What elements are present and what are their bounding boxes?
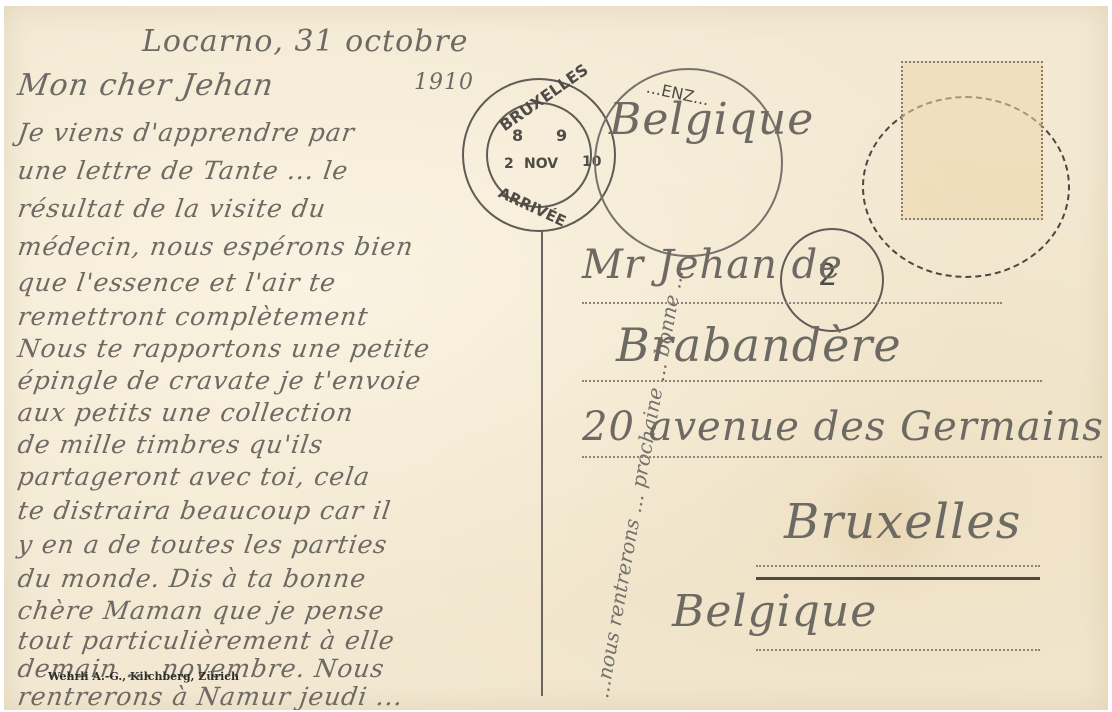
message-line: remettront complètement <box>16 302 371 331</box>
message-line: Je viens d'apprendre par <box>16 118 357 147</box>
message-line: partageront avec toi, cela <box>16 462 372 491</box>
address-line-country: Belgique <box>672 586 877 637</box>
message-line: résultat de la visite du <box>16 194 328 223</box>
message-line: épingle de cravate je t'envoie <box>16 366 423 395</box>
message-line: que l'essence et l'air te <box>16 268 338 297</box>
address-overwrite: Belgique <box>609 94 814 145</box>
place-date: Locarno, 31 octobre <box>142 24 468 59</box>
address-line-surname: Brabandère <box>616 318 902 372</box>
address-rule <box>582 456 1102 458</box>
year: 1910 <box>414 70 474 95</box>
printer-imprint: Wehrli A.-G., Kilchberg, Zürich <box>48 670 239 683</box>
message-line: une lettre de Tante ... le <box>16 156 350 185</box>
postcard: Locarno, 31 octobre 1910 Mon cher Jehan … <box>4 6 1108 710</box>
message-line: tout particulièrement à elle <box>16 626 397 655</box>
message-line: Mon cher Jehan <box>16 68 277 103</box>
address-rule <box>756 565 1040 567</box>
message-line: du monde. Dis à ta bonne <box>16 564 368 593</box>
message-line: chère Maman que je pense <box>16 596 387 625</box>
address-line-city: Bruxelles <box>784 494 1021 550</box>
address-line-street: 20 avenue des Germains <box>582 404 1104 450</box>
postmark-day: 2 <box>504 156 514 172</box>
postmark-minute: 9 <box>556 126 567 145</box>
message-line: aux petits une collection <box>16 398 356 427</box>
address-rule <box>582 302 1002 304</box>
address-rule <box>756 649 1040 651</box>
center-divider <box>541 231 543 696</box>
city-underline <box>756 577 1040 580</box>
message-line: Nous te rapportons une petite <box>16 334 432 363</box>
address-rule <box>582 380 1042 382</box>
message-line: te distraira beaucoup car il <box>16 496 393 525</box>
address-line-name: Mr Jehan de <box>582 242 843 288</box>
message-line: médecin, nous espérons bien <box>16 232 416 261</box>
brussels-postmark: BRUXELLES 8 9 2 NOV 10 ARRIVÉE <box>462 78 616 232</box>
message-line: y en a de toutes les parties <box>16 530 389 559</box>
stamp-placeholder <box>901 61 1043 220</box>
postmark-month: NOV <box>524 156 558 172</box>
message-line: de mille timbres qu'ils <box>16 430 325 459</box>
postmark-hour: 8 <box>512 126 523 145</box>
message-line: rentrerons à Namur jeudi ... <box>16 682 405 710</box>
